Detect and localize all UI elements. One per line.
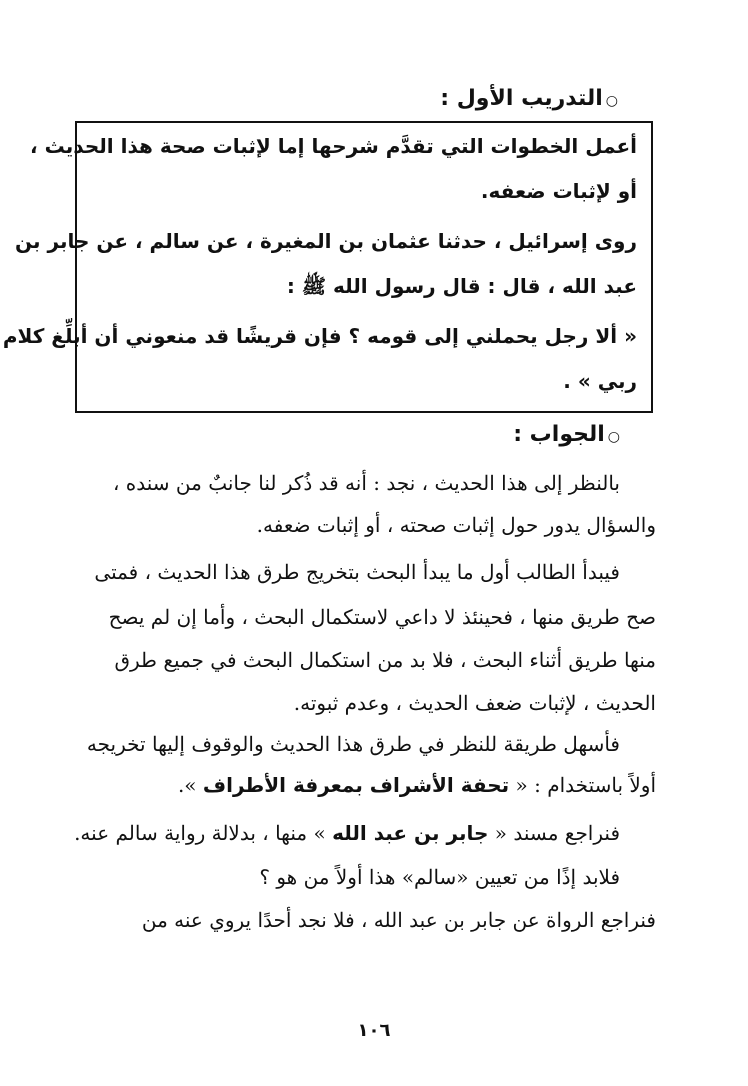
paragraph-line: والسؤال يدور حول إثبات صحته ، أو إثبات ض… <box>257 510 656 540</box>
paragraph-line: فيبدأ الطالب أول ما يبدأ البحث بتخريج طر… <box>94 557 620 587</box>
text-segment: ». <box>178 773 203 797</box>
paragraph-line: فنراجع الرواة عن جابر بن عبد الله ، فلا … <box>142 905 656 935</box>
paragraph-line: فنراجع مسند « جابر بن عبد الله » منها ، … <box>74 818 620 848</box>
box-line: ربي » . <box>563 366 637 396</box>
circle-bullet-icon: ○ <box>606 93 618 109</box>
page-number: ١٠٦ <box>0 1020 748 1041</box>
box-line: روى إسرائيل ، حدثنا عثمان بن المغيرة ، ع… <box>15 226 637 256</box>
narrator-name: جابر بن عبد الله <box>332 821 488 845</box>
exercise-box: أعمل الخطوات التي تقدَّم شرحها إما لإثبا… <box>75 121 653 413</box>
exercise-title: التدريب الأول : <box>440 86 603 111</box>
answer-title: الجواب : <box>513 422 605 447</box>
box-line: عبد الله ، قال : قال رسول الله ﷺ : <box>287 271 637 301</box>
box-line: « ألا رجل يحملني إلى قومه ؟ فإن قريشًا ق… <box>3 321 637 351</box>
paragraph-line: فلابد إذًا من تعيين «سالم» هذا أولاً من … <box>259 862 620 892</box>
answer-heading: ○الجواب : <box>513 420 620 452</box>
circle-bullet-icon: ○ <box>608 429 620 445</box>
exercise-heading: ○التدريب الأول : <box>440 84 618 116</box>
paragraph-line: بالنظر إلى هذا الحديث ، نجد : أنه قد ذُك… <box>113 468 620 498</box>
book-title: تحفة الأشراف بمعرفة الأطراف <box>203 773 509 797</box>
paragraph-line: منها طريق أثناء البحث ، فلا بد من استكما… <box>114 645 656 675</box>
text-segment: أولاً باستخدام : « <box>509 773 656 797</box>
paragraph-line: أولاً باستخدام : « تحفة الأشراف بمعرفة ا… <box>178 770 656 800</box>
paragraph-line: صح طريق منها ، فحينئذ لا داعي لاستكمال ا… <box>109 602 656 632</box>
paragraph-line: فأسهل طريقة للنظر في طرق هذا الحديث والو… <box>87 729 620 759</box>
text-segment: فنراجع مسند « <box>488 821 620 845</box>
paragraph-line: الحديث ، لإثبات ضعف الحديث ، وعدم ثبوته. <box>294 688 656 718</box>
text-segment: » منها ، بدلالة رواية سالم عنه. <box>74 821 332 845</box>
box-line: أعمل الخطوات التي تقدَّم شرحها إما لإثبا… <box>30 131 637 161</box>
box-line: أو لإثبات ضعفه. <box>481 176 637 206</box>
